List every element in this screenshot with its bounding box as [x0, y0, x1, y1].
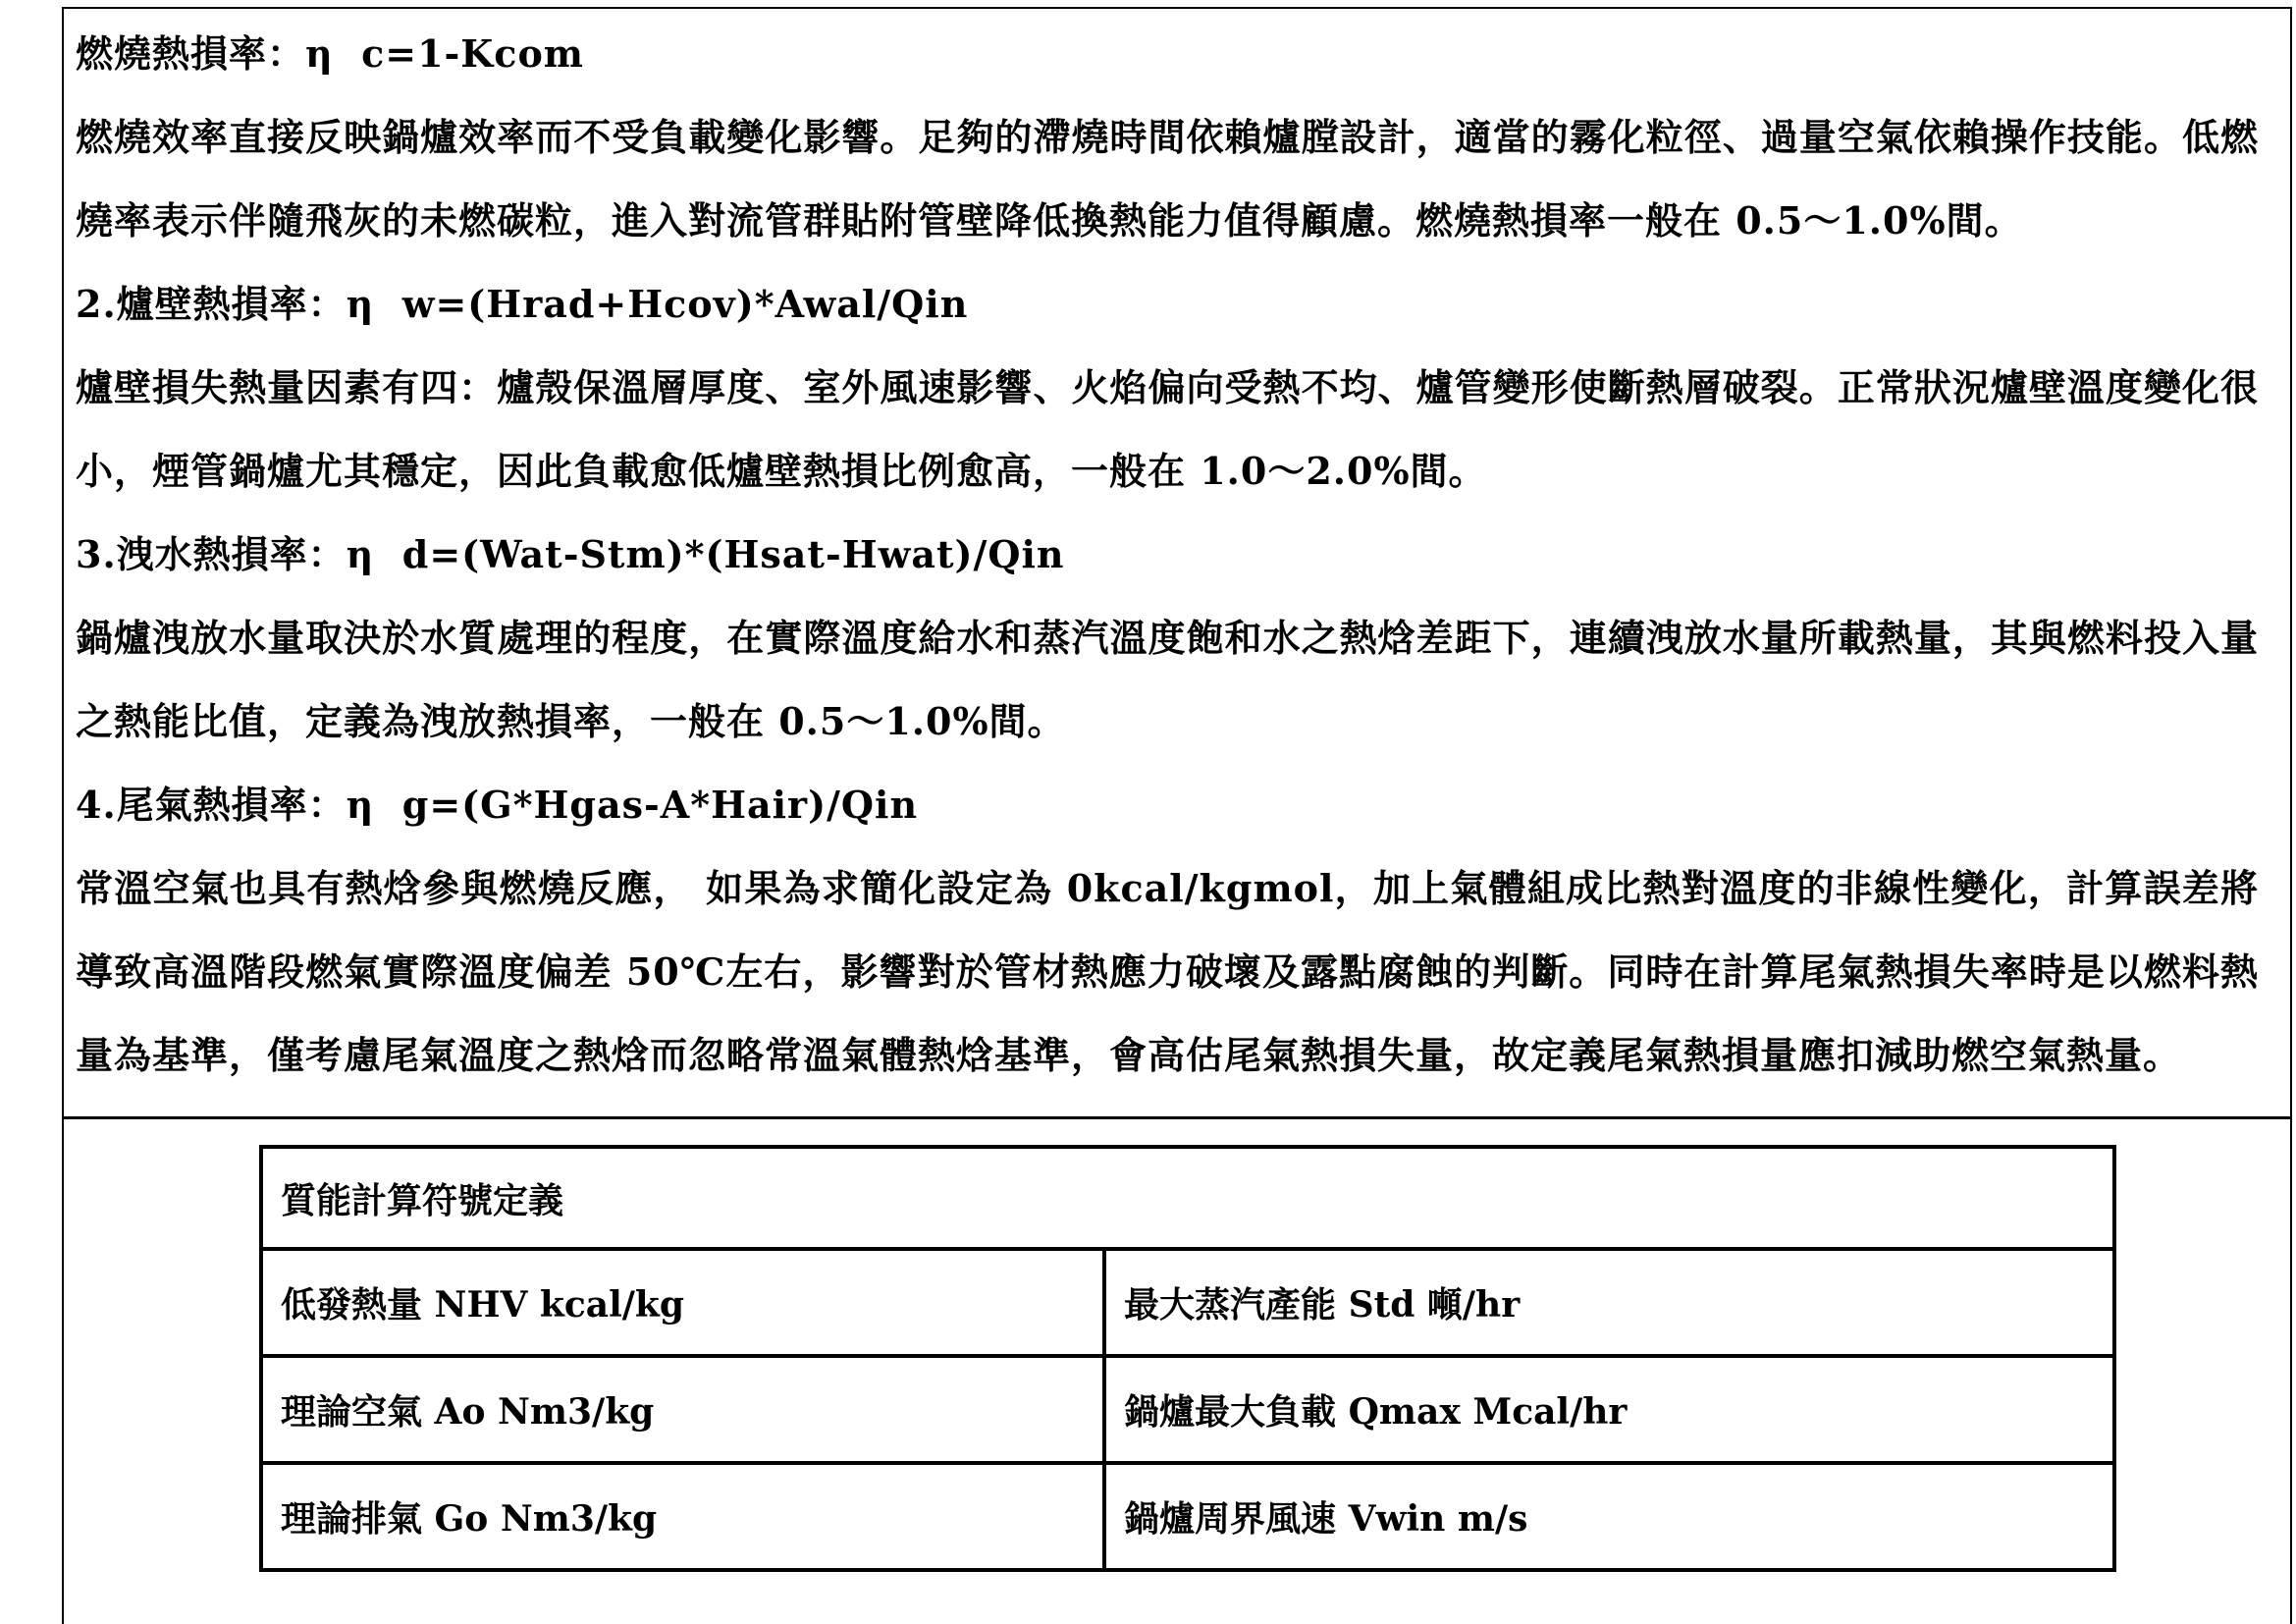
- symbol-table-container: 質能計算符號定義 低發熱量 NHV kcal/kg 最大蒸汽產能 Std 噸/h…: [259, 1145, 2116, 1572]
- paragraph-combustion-loss-description: 燃燒效率直接反映鍋爐效率而不受負載變化影響。足夠的滯燒時間依賴爐膛設計，適當的霧…: [76, 95, 2259, 262]
- table-cell-nhv: 低發熱量 NHV kcal/kg: [261, 1249, 1104, 1356]
- table-cell-go: 理論排氣 Go Nm3/kg: [261, 1463, 1104, 1570]
- paragraph-wall-loss-formula: 2.爐壁熱損率：η w=(Hrad+Hcov)*Awal/Qin: [76, 262, 2259, 346]
- table-row: 低發熱量 NHV kcal/kg 最大蒸汽產能 Std 噸/hr: [261, 1249, 2114, 1356]
- text-section: 燃燒熱損率：η c=1-Kcom 燃燒效率直接反映鍋爐效率而不受負載變化影響。足…: [64, 9, 2290, 1119]
- table-title-cell: 質能計算符號定義: [261, 1147, 2114, 1249]
- paragraph-combustion-loss-formula: 燃燒熱損率：η c=1-Kcom: [76, 12, 2259, 95]
- paragraph-blowdown-loss-description: 鍋爐洩放水量取決於水質處理的程度，在實際溫度給水和蒸汽溫度飽和水之熱焓差距下，連…: [76, 596, 2259, 763]
- table-cell-qmax: 鍋爐最大負載 Qmax Mcal/hr: [1104, 1356, 2114, 1463]
- table-cell-std: 最大蒸汽產能 Std 噸/hr: [1104, 1249, 2114, 1356]
- paragraph-blowdown-loss-formula: 3.洩水熱損率：η d=(Wat-Stm)*(Hsat-Hwat)/Qin: [76, 513, 2259, 596]
- paragraph-fluegas-loss-formula: 4.尾氣熱損率：η g=(G*Hgas-A*Hair)/Qin: [76, 763, 2259, 846]
- table-row: 理論排氣 Go Nm3/kg 鍋爐周界風速 Vwin m/s: [261, 1463, 2114, 1570]
- paragraph-fluegas-loss-description: 常溫空氣也具有熱焓參與燃燒反應， 如果為求簡化設定為 0kcal/kgmol，加…: [76, 846, 2259, 1097]
- document-page: 燃燒熱損率：η c=1-Kcom 燃燒效率直接反映鍋爐效率而不受負載變化影響。足…: [62, 7, 2292, 1624]
- table-cell-ao: 理論空氣 Ao Nm3/kg: [261, 1356, 1104, 1463]
- symbol-definition-table: 質能計算符號定義 低發熱量 NHV kcal/kg 最大蒸汽產能 Std 噸/h…: [259, 1145, 2116, 1572]
- paragraph-wall-loss-description: 爐壁損失熱量因素有四：爐殼保溫層厚度、室外風速影響、火焰偏向受熱不均、爐管變形使…: [76, 346, 2259, 513]
- table-header-row: 質能計算符號定義: [261, 1147, 2114, 1249]
- table-row: 理論空氣 Ao Nm3/kg 鍋爐最大負載 Qmax Mcal/hr: [261, 1356, 2114, 1463]
- table-cell-vwin: 鍋爐周界風速 Vwin m/s: [1104, 1463, 2114, 1570]
